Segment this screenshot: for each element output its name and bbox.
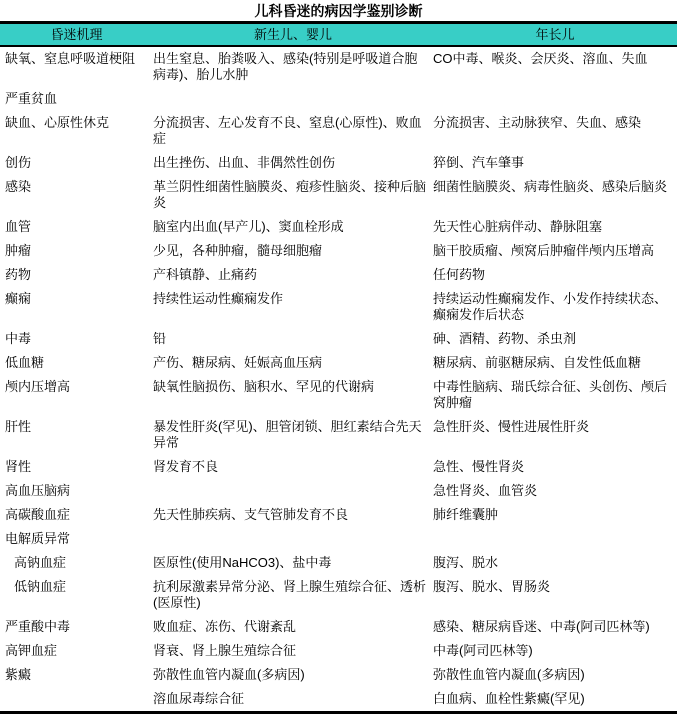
table-row: 高钾血症肾衰、肾上腺生殖综合征中毒(阿司匹林等) (0, 639, 677, 663)
table-row: 低血糖产伤、糖尿病、妊娠高血压病糖尿病、前驱糖尿病、自发性低血糖 (0, 351, 677, 375)
cell-older-child: 细菌性脑膜炎、病毒性脑炎、感染后脑炎 (433, 175, 677, 215)
table-row: 低钠血症抗利尿激素异常分泌、肾上腺生殖综合征、透析(医原性)腹泻、脱水、胃肠炎 (0, 575, 677, 615)
table-header-row: 昏迷机理 新生儿、婴儿 年长儿 (0, 23, 677, 47)
cell-newborn-infant: 败血症、冻伤、代谢紊乱 (153, 615, 433, 639)
cell-older-child: 急性肾炎、血管炎 (433, 479, 677, 503)
cell-older-child: 糖尿病、前驱糖尿病、自发性低血糖 (433, 351, 677, 375)
table-row: 肾性肾发育不良急性、慢性肾炎 (0, 455, 677, 479)
table-row: 药物产科镇静、止痛药任何药物 (0, 263, 677, 287)
cell-older-child: 砷、酒精、药物、杀虫剂 (433, 327, 677, 351)
cell-newborn-infant: 医原性(使用NaHCO3)、盐中毒 (153, 551, 433, 575)
table-row: 缺氧、窒息呼吸道梗阻出生窒息、胎粪吸入、感染(特别是呼吸道合胞病毒)、胎儿水肿C… (0, 46, 677, 87)
cell-mechanism: 严重酸中毒 (0, 615, 153, 639)
cell-newborn-infant: 分流损害、左心发育不良、窒息(心原性)、败血症 (153, 111, 433, 151)
table-row: 创伤出生挫伤、出血、非偶然性创伤猝倒、汽车肇事 (0, 151, 677, 175)
table-body: 缺氧、窒息呼吸道梗阻出生窒息、胎粪吸入、感染(特别是呼吸道合胞病毒)、胎儿水肿C… (0, 46, 677, 713)
cell-older-child: 腹泻、脱水、胃肠炎 (433, 575, 677, 615)
table-row: 严重贫血 (0, 87, 677, 111)
cell-mechanism: 电解质异常 (0, 527, 153, 551)
cell-older-child: 弥散性血管内凝血(多病因) (433, 663, 677, 687)
cell-newborn-infant (153, 87, 433, 111)
column-header-newborn-infant: 新生儿、婴儿 (153, 23, 433, 47)
cell-newborn-infant (153, 479, 433, 503)
cell-older-child (433, 87, 677, 111)
cell-older-child (433, 527, 677, 551)
cell-mechanism: 缺氧、窒息呼吸道梗阻 (0, 46, 153, 87)
cell-newborn-infant: 产科镇静、止痛药 (153, 263, 433, 287)
cell-mechanism: 低血糖 (0, 351, 153, 375)
cell-older-child: 分流损害、主动脉狭窄、失血、感染 (433, 111, 677, 151)
cell-older-child: 先天性心脏病伴动、静脉阻塞 (433, 215, 677, 239)
cell-older-child: 猝倒、汽车肇事 (433, 151, 677, 175)
table-row: 高血压脑病急性肾炎、血管炎 (0, 479, 677, 503)
table-row: 高钠血症医原性(使用NaHCO3)、盐中毒腹泻、脱水 (0, 551, 677, 575)
cell-mechanism: 感染 (0, 175, 153, 215)
cell-older-child: 中毒性脑病、瑞氏综合征、头创伤、颅后窝肿瘤 (433, 375, 677, 415)
cell-newborn-infant: 脑室内出血(早产儿)、窦血栓形成 (153, 215, 433, 239)
table-row: 溶血尿毒综合征白血病、血栓性紫癜(罕见) (0, 687, 677, 713)
cell-newborn-infant: 肾发育不良 (153, 455, 433, 479)
cell-older-child: 急性、慢性肾炎 (433, 455, 677, 479)
cell-newborn-infant: 抗利尿激素异常分泌、肾上腺生殖综合征、透析(医原性) (153, 575, 433, 615)
cell-newborn-infant: 肾衰、肾上腺生殖综合征 (153, 639, 433, 663)
cell-older-child: 任何药物 (433, 263, 677, 287)
table-row: 严重酸中毒败血症、冻伤、代谢紊乱感染、糖尿病昏迷、中毒(阿司匹林等) (0, 615, 677, 639)
cell-older-child: 腹泻、脱水 (433, 551, 677, 575)
cell-older-child: 白血病、血栓性紫癜(罕见) (433, 687, 677, 713)
table-row: 肝性暴发性肝炎(罕见)、胆管闭锁、胆红素结合先天异常急性肝炎、慢性进展性肝炎 (0, 415, 677, 455)
diagnosis-table: 昏迷机理 新生儿、婴儿 年长儿 缺氧、窒息呼吸道梗阻出生窒息、胎粪吸入、感染(特… (0, 21, 677, 714)
document-page: 儿科昏迷的病因学鉴别诊断 昏迷机理 新生儿、婴儿 年长儿 缺氧、窒息呼吸道梗阻出… (0, 0, 677, 714)
cell-mechanism: 血管 (0, 215, 153, 239)
cell-mechanism: 肿瘤 (0, 239, 153, 263)
cell-mechanism: 缺血、心原性休克 (0, 111, 153, 151)
cell-mechanism: 严重贫血 (0, 87, 153, 111)
cell-newborn-infant: 溶血尿毒综合征 (153, 687, 433, 713)
cell-newborn-infant: 弥散性血管内凝血(多病因) (153, 663, 433, 687)
cell-newborn-infant: 暴发性肝炎(罕见)、胆管闭锁、胆红素结合先天异常 (153, 415, 433, 455)
cell-mechanism: 肝性 (0, 415, 153, 455)
table-row: 癫痫持续性运动性癫痫发作持续运动性癫痫发作、小发作持续状态、癫痫发作后状态 (0, 287, 677, 327)
cell-newborn-infant: 持续性运动性癫痫发作 (153, 287, 433, 327)
cell-newborn-infant: 铅 (153, 327, 433, 351)
column-header-mechanism: 昏迷机理 (0, 23, 153, 47)
cell-older-child: 脑干胶质瘤、颅窝后肿瘤伴颅内压增高 (433, 239, 677, 263)
cell-mechanism: 低钠血症 (0, 575, 153, 615)
cell-older-child: 急性肝炎、慢性进展性肝炎 (433, 415, 677, 455)
cell-newborn-infant: 先天性肺疾病、支气管肺发育不良 (153, 503, 433, 527)
cell-older-child: CO中毒、喉炎、会厌炎、溶血、失血 (433, 46, 677, 87)
cell-mechanism: 紫癜 (0, 663, 153, 687)
cell-newborn-infant: 产伤、糖尿病、妊娠高血压病 (153, 351, 433, 375)
cell-newborn-infant: 缺氧性脑损伤、脑积水、罕见的代谢病 (153, 375, 433, 415)
cell-mechanism: 创伤 (0, 151, 153, 175)
table-row: 感染革兰阴性细菌性脑膜炎、疱疹性脑炎、接种后脑炎细菌性脑膜炎、病毒性脑炎、感染后… (0, 175, 677, 215)
table-row: 紫癜弥散性血管内凝血(多病因)弥散性血管内凝血(多病因) (0, 663, 677, 687)
cell-mechanism: 高碳酸血症 (0, 503, 153, 527)
cell-older-child: 肺纤维囊肿 (433, 503, 677, 527)
cell-mechanism: 肾性 (0, 455, 153, 479)
cell-mechanism: 高钾血症 (0, 639, 153, 663)
cell-older-child: 持续运动性癫痫发作、小发作持续状态、癫痫发作后状态 (433, 287, 677, 327)
cell-newborn-infant: 出生窒息、胎粪吸入、感染(特别是呼吸道合胞病毒)、胎儿水肿 (153, 46, 433, 87)
cell-newborn-infant: 少见，各种肿瘤，髓母细胞瘤 (153, 239, 433, 263)
cell-newborn-infant (153, 527, 433, 551)
table-row: 血管脑室内出血(早产儿)、窦血栓形成先天性心脏病伴动、静脉阻塞 (0, 215, 677, 239)
cell-mechanism (0, 687, 153, 713)
table-row: 电解质异常 (0, 527, 677, 551)
cell-mechanism: 高钠血症 (0, 551, 153, 575)
cell-mechanism: 颅内压增高 (0, 375, 153, 415)
table-row: 肿瘤少见，各种肿瘤，髓母细胞瘤脑干胶质瘤、颅窝后肿瘤伴颅内压增高 (0, 239, 677, 263)
cell-mechanism: 癫痫 (0, 287, 153, 327)
table-row: 高碳酸血症先天性肺疾病、支气管肺发育不良肺纤维囊肿 (0, 503, 677, 527)
page-title: 儿科昏迷的病因学鉴别诊断 (0, 0, 677, 21)
table-row: 中毒铅砷、酒精、药物、杀虫剂 (0, 327, 677, 351)
table-row: 缺血、心原性休克分流损害、左心发育不良、窒息(心原性)、败血症分流损害、主动脉狭… (0, 111, 677, 151)
column-header-older-child: 年长儿 (433, 23, 677, 47)
cell-mechanism: 高血压脑病 (0, 479, 153, 503)
cell-mechanism: 中毒 (0, 327, 153, 351)
cell-older-child: 中毒(阿司匹林等) (433, 639, 677, 663)
cell-older-child: 感染、糖尿病昏迷、中毒(阿司匹林等) (433, 615, 677, 639)
cell-newborn-infant: 革兰阴性细菌性脑膜炎、疱疹性脑炎、接种后脑炎 (153, 175, 433, 215)
table-row: 颅内压增高缺氧性脑损伤、脑积水、罕见的代谢病中毒性脑病、瑞氏综合征、头创伤、颅后… (0, 375, 677, 415)
cell-newborn-infant: 出生挫伤、出血、非偶然性创伤 (153, 151, 433, 175)
cell-mechanism: 药物 (0, 263, 153, 287)
